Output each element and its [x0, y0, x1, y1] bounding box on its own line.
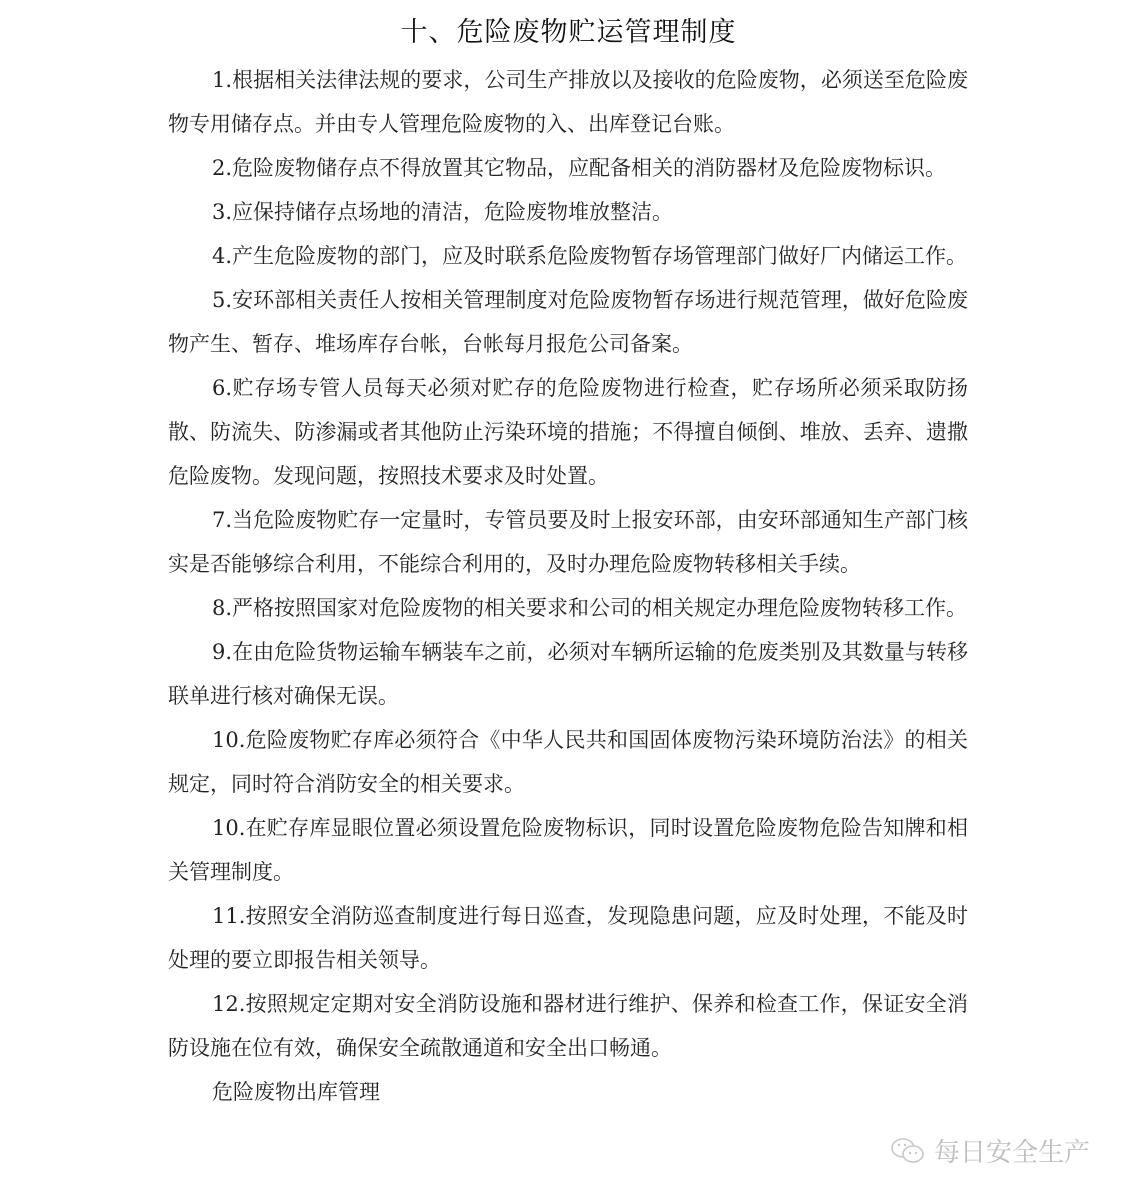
paragraph-10b: 10.在贮存库显眼位置必须设置危险废物标识，同时设置危险废物危险告知牌和相关管理…: [168, 806, 968, 894]
paragraph-9: 9.在由危险货物运输车辆装车之前，必须对车辆所运输的危废类别及其数量与转移联单进…: [168, 630, 968, 718]
paragraph-8: 8.严格按照国家对危险废物的相关要求和公司的相关规定办理危险废物转移工作。: [168, 586, 968, 630]
paragraph-4: 4.产生危险废物的部门，应及时联系危险废物暂存场管理部门做好厂内储运工作。: [168, 234, 968, 278]
watermark: 每日安全生产: [890, 1132, 1090, 1169]
paragraph-6: 6.贮存场专管人员每天必须对贮存的危险废物进行检查，贮存场所必须采取防扬散、防流…: [168, 366, 968, 498]
subheading: 危险废物出库管理: [168, 1070, 968, 1114]
paragraph-3: 3.应保持储存点场地的清洁，危险废物堆放整洁。: [168, 190, 968, 234]
paragraph-5: 5.安环部相关责任人按相关管理制度对危险废物暂存场进行规范管理，做好危险废物产生…: [168, 278, 968, 366]
watermark-text: 每日安全生产: [934, 1132, 1090, 1169]
paragraph-11: 11.按照安全消防巡查制度进行每日巡查，发现隐患问题，应及时处理，不能及时处理的…: [168, 894, 968, 982]
document-title: 十、危险废物贮运管理制度: [0, 10, 1137, 49]
paragraph-12: 12.按照规定定期对安全消防设施和器材进行维护、保养和检查工作，保证安全消防设施…: [168, 982, 968, 1070]
wechat-icon: [890, 1136, 926, 1166]
paragraph-7: 7.当危险废物贮存一定量时，专管员要及时上报安环部，由安环部通知生产部门核实是否…: [168, 498, 968, 586]
paragraph-2: 2.危险废物储存点不得放置其它物品，应配备相关的消防器材及危险废物标识。: [168, 146, 968, 190]
paragraph-10a: 10.危险废物贮存库必须符合《中华人民共和国固体废物污染环境防治法》的相关规定，…: [168, 718, 968, 806]
paragraph-1: 1.根据相关法律法规的要求，公司生产排放以及接收的危险废物，必须送至危险废物专用…: [168, 58, 968, 146]
document-body: 1.根据相关法律法规的要求，公司生产排放以及接收的危险废物，必须送至危险废物专用…: [168, 58, 968, 1114]
